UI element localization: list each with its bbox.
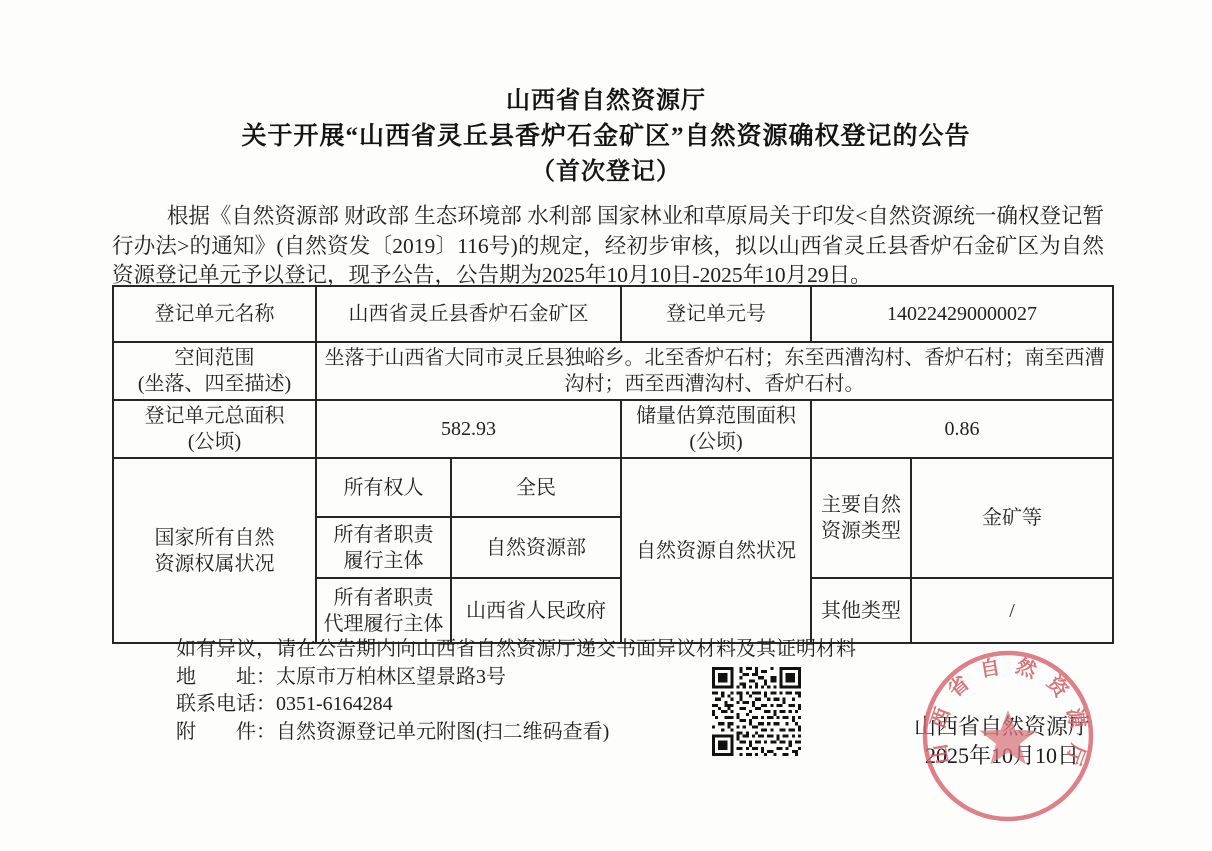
ownership-section-label: 国家所有自然 资源权属状况	[113, 458, 316, 643]
owner-value: 全民	[451, 458, 621, 517]
reserve-area-label: 储量估算范围面积 (公顷)	[621, 400, 811, 458]
duty-performer-value: 自然资源部	[451, 517, 621, 578]
signature-block: 山西省自然资源厅 2025年10月10日	[902, 712, 1102, 770]
announcement-body: 根据《自然资源部 财政部 生态环境部 水利部 国家林业和草原局关于印发<自然资源…	[112, 202, 1104, 291]
total-area-value: 582.93	[316, 400, 621, 458]
unit-name-value: 山西省灵丘县香炉石金矿区	[316, 286, 621, 342]
duty-agent-value: 山西省人民政府	[451, 578, 621, 643]
agency-title: 山西省自然资源厅	[0, 84, 1212, 119]
table-row: 空间范围 (坐落、四至描述) 坐落于山西省大同市灵丘县独峪乡。北至香炉石村；东至…	[113, 342, 1113, 400]
table-row: 登记单元名称 山西省灵丘县香炉石金矿区 登记单元号 14022429000002…	[113, 286, 1113, 342]
unit-number-label: 登记单元号	[621, 286, 811, 342]
unit-number-value: 140224290000027	[811, 286, 1113, 342]
total-area-label: 登记单元总面积 (公顷)	[113, 400, 316, 458]
reserve-area-value: 0.86	[811, 400, 1113, 458]
table-row: 国家所有自然 资源权属状况 所有权人 全民 自然资源自然状况 主要自然 资源类型…	[113, 458, 1113, 517]
owner-label: 所有权人	[316, 458, 451, 517]
qr-code-icon	[712, 667, 801, 756]
announcement-title: 关于开展“山西省灵丘县香炉石金矿区”自然资源确权登记的公告	[0, 119, 1212, 155]
unit-name-label: 登记单元名称	[113, 286, 316, 342]
title-block: 山西省自然资源厅 关于开展“山西省灵丘县香炉石金矿区”自然资源确权登记的公告 （…	[0, 84, 1212, 190]
spatial-scope-value: 坐落于山西省大同市灵丘县独峪乡。北至香炉石村；东至西漕沟村、香炉石村；南至西漕沟…	[316, 342, 1113, 400]
duty-performer-label: 所有者职责 履行主体	[316, 517, 451, 578]
other-type-value: /	[911, 578, 1113, 643]
registration-table: 登记单元名称 山西省灵丘县香炉石金矿区 登记单元号 14022429000002…	[112, 285, 1114, 644]
signature-agency: 山西省自然资源厅	[902, 712, 1102, 741]
main-resource-type-label: 主要自然 资源类型	[811, 458, 911, 578]
natural-status-label: 自然资源自然状况	[621, 458, 811, 643]
duty-agent-label: 所有者职责 代理履行主体	[316, 578, 451, 643]
objection-notice: 如有异议，请在公告期内向山西省自然资源厅递交书面异议材料及其证明材料	[176, 636, 856, 664]
signature-date: 2025年10月10日	[902, 741, 1102, 770]
main-resource-type-value: 金矿等	[911, 458, 1113, 578]
registration-type-subtitle: （首次登记）	[0, 155, 1212, 190]
spatial-scope-label: 空间范围 (坐落、四至描述)	[113, 342, 316, 400]
announcement-document: 山西省自然资源厅 关于开展“山西省灵丘县香炉石金矿区”自然资源确权登记的公告 （…	[0, 0, 1212, 851]
other-type-label: 其他类型	[811, 578, 911, 643]
table-row: 登记单元总面积 (公顷) 582.93 储量估算范围面积 (公顷) 0.86	[113, 400, 1113, 458]
